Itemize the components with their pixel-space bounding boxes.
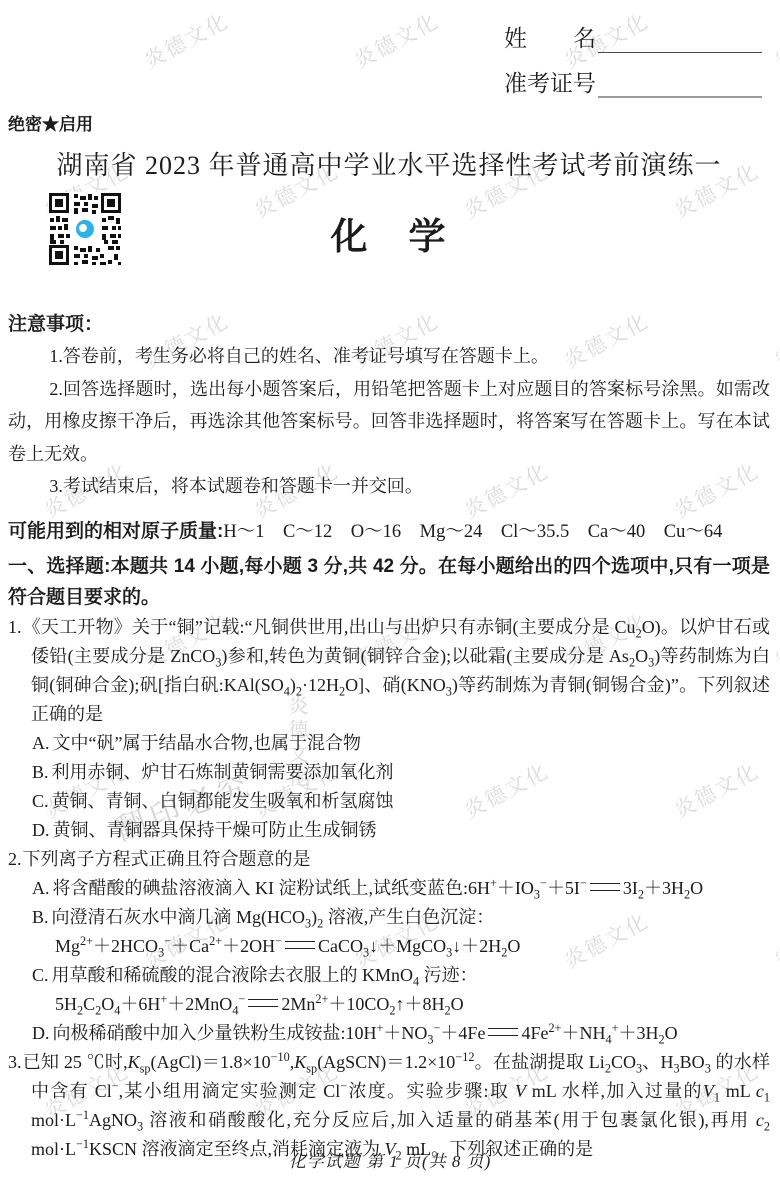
section-heading: 一、选择题:本题共 14 小题,每小题 3 分,共 42 分。在每小题给出的四个…	[8, 551, 770, 613]
question-number: 3.	[8, 1052, 23, 1072]
option-text: 文中“矾”属于结晶水合物,也属于混合物	[53, 733, 361, 753]
subject-title: 化 学	[8, 190, 770, 260]
name-blank-line	[598, 22, 762, 53]
name-label: 姓 名	[504, 20, 596, 53]
secrecy-banner: 绝密★启用	[8, 110, 770, 135]
option-label: B.	[32, 907, 49, 927]
option-c: C.黄铜、青铜、白铜都能发生吸氧和析氢腐蚀	[32, 787, 770, 816]
option-label: A.	[32, 733, 50, 753]
option-label: D.	[32, 820, 50, 840]
candidate-info-block: 姓 名 准考证号	[504, 8, 762, 98]
option-b: B.向澄清石灰水中滴几滴 Mg(HCO3)2 溶液,产生白色沉淀：	[32, 903, 770, 932]
admission-blank-line	[598, 66, 762, 98]
notice-heading: 注意事项：	[8, 310, 770, 340]
option-d: D.向极稀硝酸中加入少量铁粉生成铵盐:10H+＋NO3−＋4Fe4Fe2+＋NH…	[32, 1019, 770, 1048]
question-stem: 1.《天工开物》关于“铜”记载:“凡铜供世用,出山与出炉只有赤铜(主要成分是 C…	[8, 613, 770, 729]
question-number: 2.	[8, 849, 23, 869]
notice-item: 1.答卷前，考生务必将自己的姓名、准考证号填写在答题卡上。	[8, 340, 770, 373]
atomic-mass-values: H～1 C～12 O～16 Mg～24 Cl～35.5 Ca～40 Cu～64	[223, 522, 722, 542]
option-text: 用草酸和稀硫酸的混合液除去衣服上的 KMnO4 污迹：	[52, 965, 478, 985]
option-b: B.利用赤铜、炉甘石炼制黄铜需要添加氧化剂	[32, 758, 770, 787]
exam-page: 炎德文化炎德文化炎德文化炎德文化炎德文化炎德文化炎德文化炎德文化炎德文化炎德文化…	[0, 0, 780, 1182]
exam-title: 湖南省 2023 年普通高中学业水平选择性考试考前演练一	[8, 145, 770, 182]
option-a: A.将含醋酸的碘盐溶液滴入 KI 淀粉试纸上,试纸变蓝色:6H+＋IO3−＋5I…	[32, 874, 770, 903]
admission-label: 准考证号	[504, 65, 596, 98]
option-text: 利用赤铜、炉甘石炼制黄铜需要添加氧化剂	[52, 762, 394, 782]
admission-row: 准考证号	[504, 53, 762, 98]
question-stem-text: 《天工开物》关于“铜”记载:“凡铜供世用,出山与出炉只有赤铜(主要成分是 Cu2…	[23, 617, 771, 724]
option-a: A.文中“矾”属于结晶水合物,也属于混合物	[32, 729, 770, 758]
page-content: 姓 名 准考证号 绝密★启用 湖南省 2023 年普通高中学业水平选择性考试考前…	[0, 0, 780, 1164]
atomic-mass-label: 可能用到的相对原子质量:	[8, 521, 223, 542]
atomic-mass-line: 可能用到的相对原子质量:H～1 C～12 O～16 Mg～24 Cl～35.5 …	[8, 517, 770, 547]
option-text: 将含醋酸的碘盐溶液滴入 KI 淀粉试纸上,试纸变蓝色:6H+＋IO3−＋5I−3…	[53, 878, 704, 898]
question-1: 1.《天工开物》关于“铜”记载:“凡铜供世用,出山与出炉只有赤铜(主要成分是 C…	[8, 613, 770, 845]
question-stem-text: 下列离子方程式正确且符合题意的是	[23, 849, 311, 869]
option-label: A.	[32, 878, 50, 898]
option-text: 黄铜、青铜器具保持干燥可防止生成铜锈	[53, 820, 377, 840]
option-label: D.	[32, 1023, 50, 1043]
question-stem-text: 已知 25 ℃时,Ksp(AgCl)＝1.8×10−10,Ksp(AgSCN)＝…	[23, 1052, 771, 1159]
notice-section: 注意事项： 1.答卷前，考生务必将自己的姓名、准考证号填写在答题卡上。 2.回答…	[8, 310, 770, 503]
option-label: B.	[32, 762, 49, 782]
page-footer: 化学试题 第 1 页(共 8 页)	[0, 1147, 780, 1172]
option-text: 黄铜、青铜、白铜都能发生吸氧和析氢腐蚀	[52, 791, 394, 811]
question-2: 2.下列离子方程式正确且符合题意的是 A.将含醋酸的碘盐溶液滴入 KI 淀粉试纸…	[8, 845, 770, 1048]
name-row: 姓 名	[504, 8, 762, 53]
question-stem: 2.下列离子方程式正确且符合题意的是	[8, 845, 770, 874]
option-d: D.黄铜、青铜器具保持干燥可防止生成铜锈	[32, 816, 770, 845]
option-label: C.	[32, 965, 49, 985]
option-c-equation: 5H2C2O4＋6H+＋2MnO4−2Mn2+＋10CO2↑＋8H2O	[55, 990, 770, 1019]
subject-row: 化 学	[8, 190, 770, 288]
notice-item: 2.回答选择题时，选出每小题答案后，用铅笔把答题卡上对应题目的答案标号涂黑。如需…	[8, 373, 770, 471]
option-label: C.	[32, 791, 49, 811]
option-text: 向极稀硝酸中加入少量铁粉生成铵盐:10H+＋NO3−＋4Fe4Fe2+＋NH4+…	[53, 1023, 678, 1043]
qr-code-icon	[48, 192, 122, 266]
notice-item: 3.考试结束后，将本试题卷和答题卡一并交回。	[8, 470, 770, 503]
option-b-equation: Mg2+＋2HCO3−＋Ca2+＋2OH−CaCO3↓＋MgCO3↓＋2H2O	[55, 932, 770, 961]
option-c: C.用草酸和稀硫酸的混合液除去衣服上的 KMnO4 污迹：	[32, 961, 770, 990]
option-text: 向澄清石灰水中滴几滴 Mg(HCO3)2 溶液,产生白色沉淀：	[52, 907, 495, 927]
question-number: 1.	[8, 617, 23, 637]
